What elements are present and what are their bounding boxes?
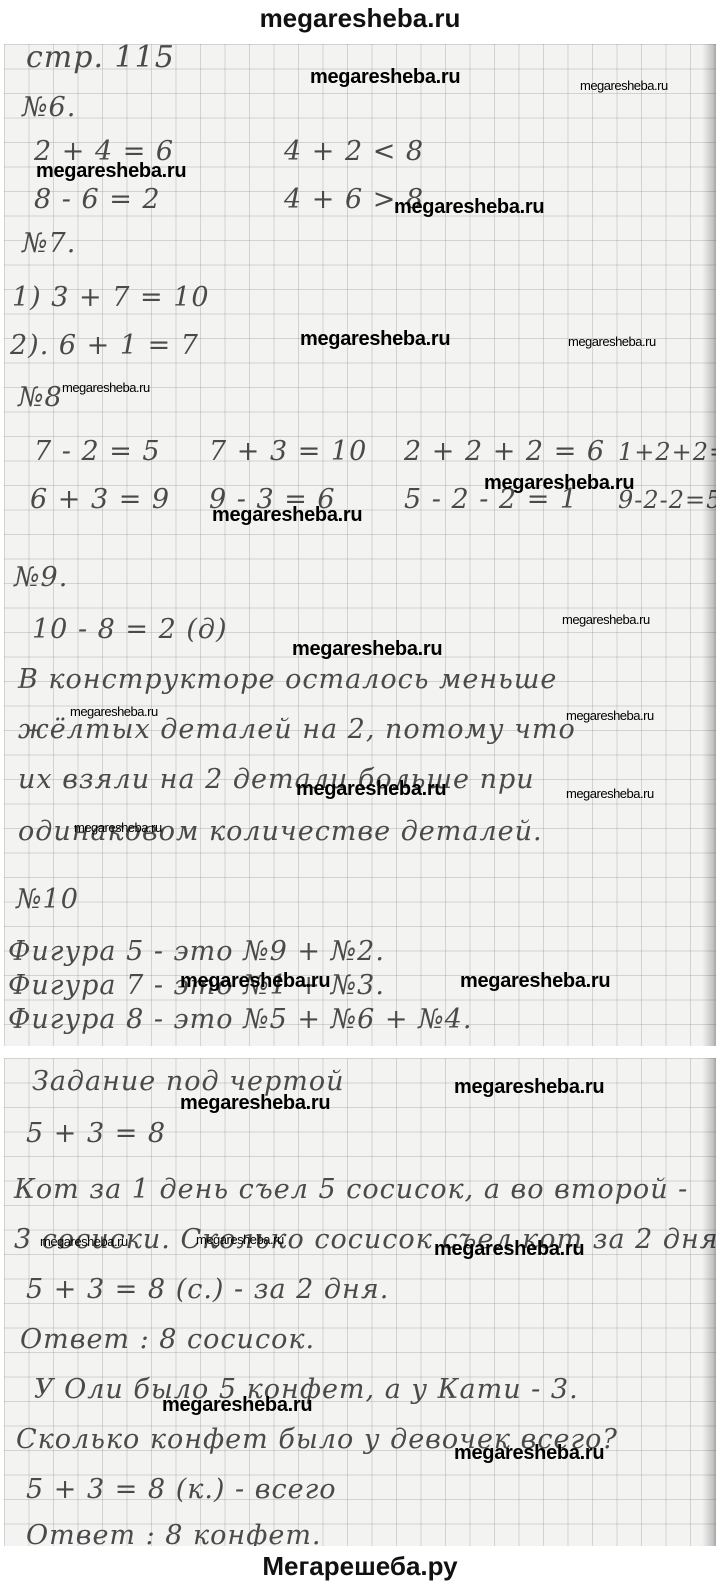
task-8-number: №8: [18, 382, 63, 413]
watermark: megaresheba.ru: [162, 1394, 312, 1417]
watermark: megaresheba.ru: [566, 786, 654, 801]
watermark: megaresheba.ru: [74, 820, 162, 835]
site-header: megaresheba.ru: [0, 0, 720, 44]
watermark: megaresheba.ru: [292, 638, 442, 661]
answer-1: Ответ : 8 сосисок.: [20, 1324, 315, 1355]
task-8-eq: 7 + 3 = 10: [209, 436, 367, 467]
task-8-eq: 2 + 2 + 2 = 6: [404, 436, 605, 467]
task-6-eq-3: 4 + 2 < 8: [284, 136, 424, 167]
task-8-eq: 6 + 3 = 9: [30, 484, 170, 515]
watermark: megaresheba.ru: [62, 380, 150, 395]
watermark: megaresheba.ru: [296, 778, 446, 801]
watermark: megaresheba.ru: [454, 1442, 604, 1465]
task-7-number: №7.: [22, 228, 76, 259]
watermark: megaresheba.ru: [394, 196, 544, 219]
site-footer: Мегарешеба.ру: [0, 1548, 720, 1589]
watermark: megaresheba.ru: [484, 472, 634, 495]
watermark: megaresheba.ru: [180, 1092, 330, 1115]
watermark: megaresheba.ru: [36, 160, 186, 183]
watermark: megaresheba.ru: [580, 78, 668, 93]
watermark: megaresheba.ru: [300, 328, 450, 351]
task-9-number: №9.: [14, 562, 68, 593]
problem-1-line: Кот за 1 день съел 5 сосисок, а во второ…: [14, 1174, 688, 1205]
task-8-eq: 1+2+2=5: [618, 438, 716, 466]
watermark: megaresheba.ru: [212, 504, 362, 527]
notebook-page-2: Задание под чертой 5 + 3 = 8 Кот за 1 де…: [4, 1058, 716, 1546]
watermark: megaresheba.ru: [566, 708, 654, 723]
task-8-eq: 7 - 2 = 5: [34, 436, 161, 467]
watermark: megaresheba.ru: [434, 1238, 584, 1261]
task-7-line-2: 2). 6 + 1 = 7: [10, 330, 199, 361]
watermark: megaresheba.ru: [454, 1076, 604, 1099]
watermark: megaresheba.ru: [568, 334, 656, 349]
watermark: megaresheba.ru: [196, 1232, 284, 1247]
task-6-eq-2: 8 - 6 = 2: [34, 184, 161, 215]
solution-1: 5 + 3 = 8 (с.) - за 2 дня.: [26, 1274, 389, 1305]
watermark: megaresheba.ru: [460, 970, 610, 993]
task-6-number: №6.: [22, 92, 76, 123]
solution-2: 5 + 3 = 8 (к.) - всего: [26, 1474, 336, 1505]
watermark: megaresheba.ru: [70, 704, 158, 719]
equation: 5 + 3 = 8: [26, 1118, 166, 1149]
task-7-line-1: 1) 3 + 7 = 10: [12, 282, 210, 313]
notebook-page-1: стр. 115 №6. 2 + 4 = 6 8 - 6 = 2 4 + 2 <…: [4, 44, 716, 1046]
watermark: megaresheba.ru: [562, 612, 650, 627]
task-10-line: Фигура 5 - это №9 + №2.: [8, 936, 385, 967]
page-label: стр. 115: [26, 44, 175, 75]
watermark: megaresheba.ru: [180, 970, 330, 993]
task-9-text-line: их взяли на 2 детали больше при: [18, 764, 535, 795]
task-9-text-line: В конструкторе осталось меньше: [18, 664, 557, 695]
task-10-number: №10: [16, 884, 79, 915]
answer-2: Ответ : 8 конфет.: [26, 1520, 322, 1546]
task-9-equation: 10 - 8 = 2 (д): [32, 614, 228, 645]
watermark: megaresheba.ru: [40, 1234, 128, 1249]
task-10-line: Фигура 8 - это №5 + №6 + №4.: [8, 1004, 472, 1035]
watermark: megaresheba.ru: [310, 66, 460, 89]
